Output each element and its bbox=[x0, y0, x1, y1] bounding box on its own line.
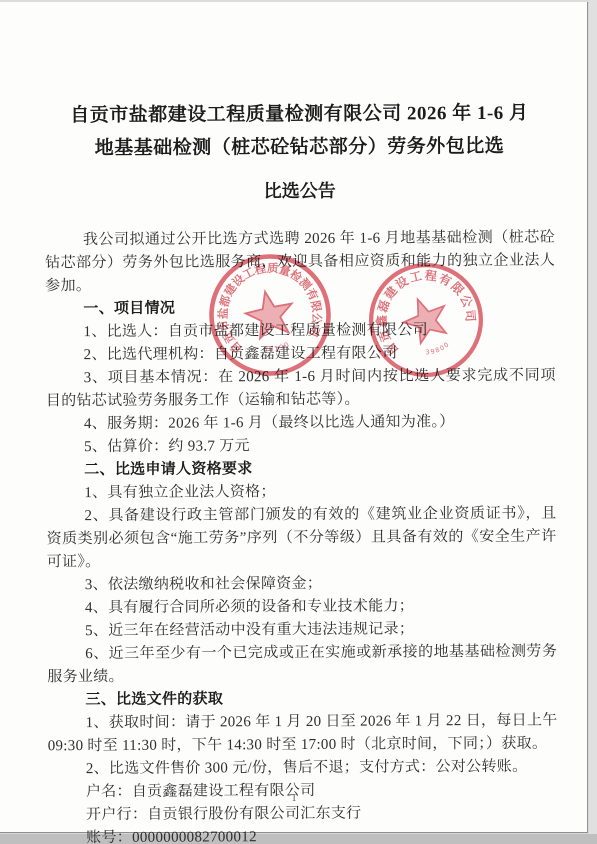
paragraph: 账号：0000000082700012 bbox=[48, 825, 558, 844]
paragraph: 一、项目情况 bbox=[45, 296, 555, 322]
paragraph: 2、具备建设行政主管部门颁发的有效的《建筑业企业资质证书》，且资质类别必须包含“… bbox=[46, 503, 556, 575]
paragraph: 6、近三年至少有一个已完成或正在实施或新承接的地基基础检测劳务服务业绩。 bbox=[47, 641, 557, 690]
paragraph: 4、服务期：2026 年 1-6 月（最终以比选人通知为准。） bbox=[46, 411, 556, 437]
paragraph: 5、估算价：约 93.7 万元 bbox=[46, 434, 556, 460]
document-content: 自贡市盐都建设工程质量检测有限公司 2026 年 1-6 月 地基基础检测（桩芯… bbox=[0, 0, 589, 844]
paragraph: 1、获取时间：请于 2026 年 1 月 20 日至 2026 年 1 月 22… bbox=[47, 710, 557, 759]
scanned-document: 自贡市盐都建设工程质量检测有限公司 2026 年 1-6 月 地基基础检测（桩芯… bbox=[0, 0, 597, 844]
page-number: 1 bbox=[0, 793, 588, 804]
paragraph: 三、比选文件的获取 bbox=[47, 687, 557, 713]
paragraph: 5、近三年在经营活动中没有重大违法违规记录； bbox=[47, 618, 557, 644]
document-title-line1: 自贡市盐都建设工程质量检测有限公司 2026 年 1-6 月 bbox=[44, 97, 554, 133]
document-body: 我公司拟通过公开比选方式选聘 2026 年 1-6 月地基基础检测（桩芯砼钻芯部… bbox=[45, 227, 558, 844]
paragraph: 1、具有独立企业法人资格； bbox=[46, 480, 556, 506]
paragraph: 2、比选文件售价 300 元/份，售后不退；支付方式：公对公转账。 bbox=[48, 756, 558, 782]
paragraph: 3、依法缴纳税收和社会保障资金； bbox=[47, 572, 557, 598]
scan-edge-right bbox=[589, 0, 597, 844]
paragraph: 2、比选代理机构：自贡鑫磊建设工程有限公司 bbox=[46, 342, 556, 368]
paragraph: 我公司拟通过公开比选方式选聘 2026 年 1-6 月地基基础检测（桩芯砼钻芯部… bbox=[45, 227, 555, 299]
paragraph: 开户行：自贡银行股份有限公司汇东支行 bbox=[48, 802, 558, 828]
document-title-line2: 地基基础检测（桩芯砼钻芯部分）劳务外包比选 bbox=[44, 130, 554, 166]
document-title: 自贡市盐都建设工程质量检测有限公司 2026 年 1-6 月 地基基础检测（桩芯… bbox=[44, 97, 554, 166]
announcement-heading: 比选公告 bbox=[45, 179, 555, 204]
paragraph: 4、具有履行合同所必须的设备和专业技术能力； bbox=[47, 595, 557, 621]
paragraph: 3、项目基本情况：在 2026 年 1-6 月时间内按比选人要求完成不同项目的钻… bbox=[46, 365, 556, 414]
paragraph: 二、比选申请人资格要求 bbox=[46, 457, 556, 483]
document-page: 自贡市盐都建设工程质量检测有限公司 2026 年 1-6 月 地基基础检测（桩芯… bbox=[0, 2, 588, 833]
paragraph: 1、比选人：自贡市盐都建设工程质量检测有限公司 bbox=[45, 319, 555, 345]
